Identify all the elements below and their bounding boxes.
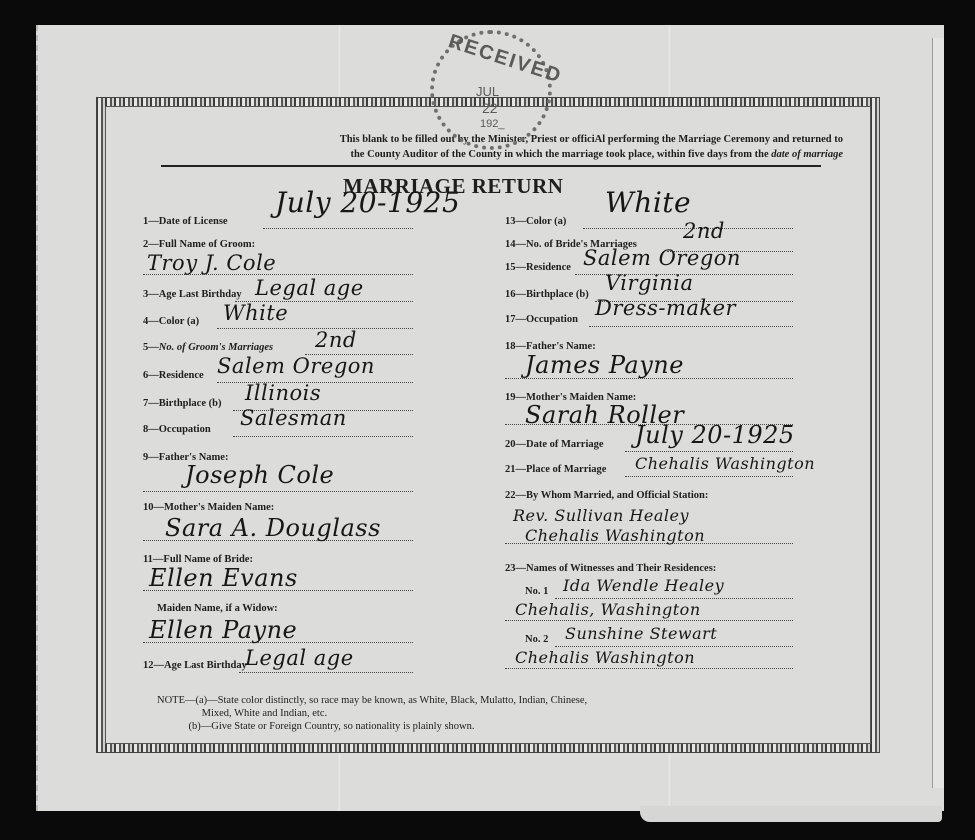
- paper-edge: [932, 38, 944, 788]
- label-witness-2: No. 2: [525, 634, 548, 645]
- divider-rule: [161, 165, 821, 167]
- value-bride-residence: Salem Oregon: [583, 246, 741, 270]
- label-groom-birthplace: 7—Birthplace (b): [143, 398, 221, 409]
- value-groom-color: White: [223, 301, 288, 325]
- label-bride-occupation: 17—Occupation: [505, 314, 578, 325]
- value-bride-birthplace: Virginia: [605, 271, 693, 295]
- label-date-of-marriage: 20—Date of Marriage: [505, 439, 604, 450]
- value-witness-1-name: Ida Wendle Healey: [563, 576, 724, 595]
- label-groom-age: 3—Age Last Birthday: [143, 289, 242, 300]
- label-groom-color: 4—Color (a): [143, 316, 199, 327]
- label-witness-1: No. 1: [525, 586, 548, 597]
- value-date-of-marriage: July 20-1925: [635, 421, 795, 449]
- value-groom-birthplace: Illinois: [245, 381, 321, 405]
- document-border-frame: This blank to be filled out by the Minis…: [96, 97, 880, 753]
- value-bride-color: White: [605, 186, 691, 219]
- value-witness-2-name: Sunshine Stewart: [565, 624, 717, 643]
- value-officiant-name: Rev. Sullivan Healey: [513, 506, 689, 525]
- label-bride-birthplace: 16—Birthplace (b): [505, 289, 589, 300]
- label-groom-residence: 6—Residence: [143, 370, 204, 381]
- value-bride-marriages: 2nd: [683, 219, 725, 243]
- label-bride-color: 13—Color (a): [505, 216, 566, 227]
- received-stamp: RECEIVED JUL 22 192_: [430, 30, 552, 150]
- value-groom-residence: Salem Oregon: [217, 354, 375, 378]
- label-groom-mother: 10—Mother's Maiden Name:: [143, 502, 274, 513]
- value-groom-father: Joseph Cole: [185, 461, 334, 489]
- label-bride-age: 12—Age Last Birthday: [143, 660, 247, 671]
- value-groom-marriages: 2nd: [315, 328, 357, 352]
- value-place-of-marriage: Chehalis Washington: [635, 454, 815, 473]
- value-groom-name: Troy J. Cole: [147, 251, 276, 275]
- value-bride-occupation: Dress-maker: [595, 296, 736, 320]
- label-groom-name: 2—Full Name of Groom:: [143, 239, 255, 250]
- value-widow-maiden-name: Ellen Payne: [149, 616, 297, 644]
- value-groom-age: Legal age: [255, 276, 364, 300]
- value-officiant-station: Chehalis Washington: [525, 526, 705, 545]
- value-date-of-license: July 20-1925: [275, 186, 460, 219]
- value-bride-age: Legal age: [245, 646, 354, 670]
- value-bride-father: James Payne: [525, 351, 684, 379]
- label-officiant: 22—By Whom Married, and Official Station…: [505, 490, 708, 501]
- paper-torn-tab: [640, 806, 942, 822]
- value-groom-occupation: Salesman: [240, 406, 347, 430]
- label-witnesses: 23—Names of Witnesses and Their Residenc…: [505, 563, 716, 574]
- label-place-of-marriage: 21—Place of Marriage: [505, 464, 606, 475]
- form-note: NOTE—(a)—State color distinctly, so race…: [157, 694, 587, 733]
- label-groom-marriages: 5—No. of Groom's Marriages: [143, 342, 273, 353]
- label-widow-maiden-name: Maiden Name, if a Widow:: [157, 603, 278, 614]
- label-bride-residence: 15—Residence: [505, 262, 571, 273]
- value-witness-2-residence: Chehalis Washington: [515, 648, 695, 667]
- label-groom-occupation: 8—Occupation: [143, 424, 211, 435]
- value-groom-mother: Sara A. Douglass: [165, 514, 381, 542]
- label-date-of-license: 1—Date of License: [143, 216, 228, 227]
- value-bride-name: Ellen Evans: [149, 564, 298, 592]
- value-witness-1-residence: Chehalis, Washington: [515, 600, 701, 619]
